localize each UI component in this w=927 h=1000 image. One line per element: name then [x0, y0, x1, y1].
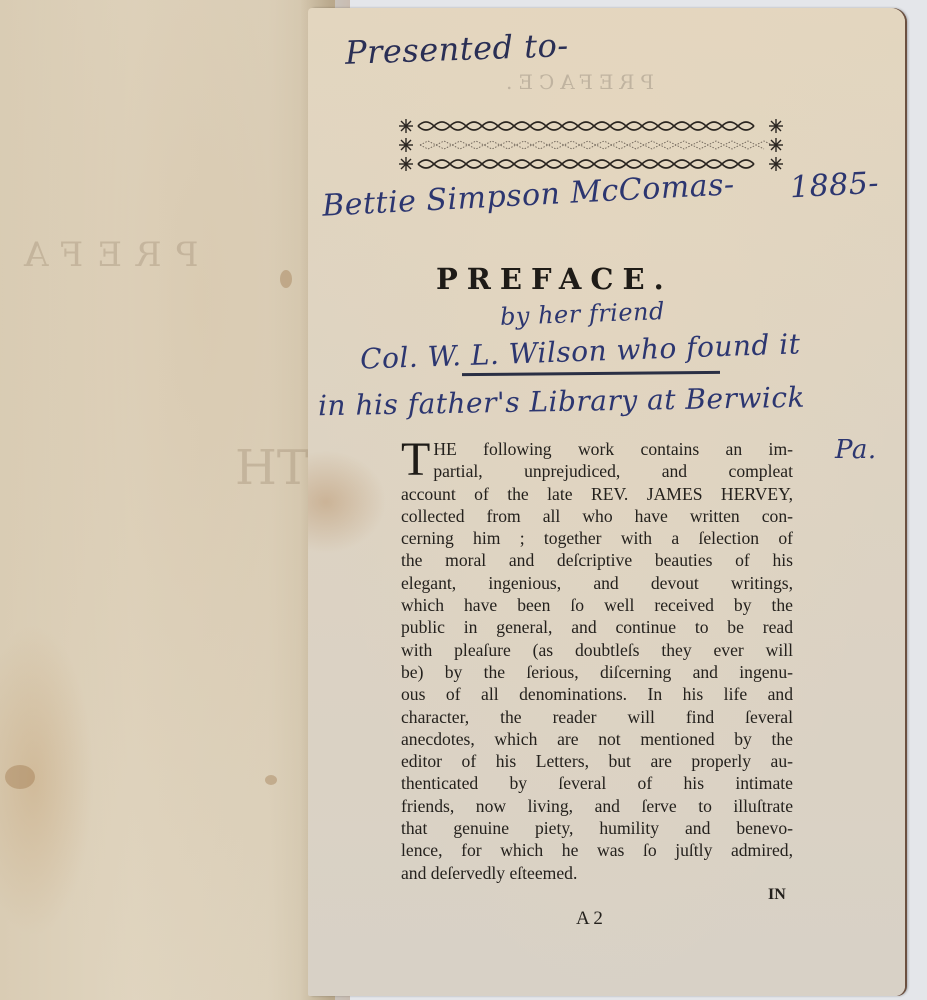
- body-line: partial, unprejudiced, and compleat: [401, 460, 793, 482]
- body-line: HE following work contains an im-: [401, 438, 793, 460]
- drop-cap: T: [401, 440, 430, 480]
- body-line: public in general, and continue to be re…: [401, 616, 793, 638]
- body-line: friends, now living, and ſerve to illuſt…: [401, 795, 793, 817]
- foxing-stain: [5, 765, 35, 789]
- inscription-year: 1885-: [789, 166, 880, 206]
- page-heading: PREFACE.: [436, 262, 673, 296]
- inscription-state: Pa.: [835, 435, 877, 465]
- body-line: the moral and deſcriptive beauties of hi…: [401, 549, 793, 571]
- signature-mark: A 2: [576, 908, 603, 930]
- inscription-by-friend: by her friend: [500, 297, 666, 331]
- body-line: character, the reader will find ſeveral: [401, 706, 793, 728]
- catchword: IN: [768, 886, 786, 904]
- body-line: lence, for which he was ſo juſtly admire…: [401, 839, 793, 861]
- body-line: elegant, ingenious, and devout writings,: [401, 572, 793, 594]
- foxing-stain: [265, 775, 277, 785]
- body-line: anecdotes, which are not mentioned by th…: [401, 728, 793, 750]
- book-photo: PREFA TH PREFACE. Presented to- Bett: [0, 0, 927, 1000]
- body-line: account of the late REV. JAMES HERVEY,: [401, 483, 793, 505]
- preface-body: T HE following work contains an im- part…: [401, 438, 793, 884]
- body-line: with pleaſure (as doubtleſs they ever wi…: [401, 639, 793, 661]
- inscription-presented-to: Presented to-: [344, 26, 569, 72]
- foxing-stain: [280, 270, 292, 288]
- body-line: thenticated by ſeveral of his intimate: [401, 772, 793, 794]
- body-line: collected from all who have written con-: [401, 505, 793, 527]
- body-line: be) by the ſerious, diſcerning and ingen…: [401, 661, 793, 683]
- left-page: PREFA TH: [0, 0, 335, 1000]
- body-line: that genuine piety, humility and benevo-: [401, 817, 793, 839]
- bleed-through-initial: TH: [235, 440, 309, 496]
- bleed-through-running-head: PREFACE.: [500, 70, 654, 94]
- body-line: and deſervedly eſteemed.: [401, 862, 793, 884]
- body-line: ous of all denominations. In his life an…: [401, 683, 793, 705]
- body-line: which have been ſo well received by the: [401, 594, 793, 616]
- body-line: cerning him ; together with a ſelection …: [401, 527, 793, 549]
- bleed-through-heading: PREFA: [10, 235, 199, 275]
- body-line: editor of his Letters, but are properly …: [401, 750, 793, 772]
